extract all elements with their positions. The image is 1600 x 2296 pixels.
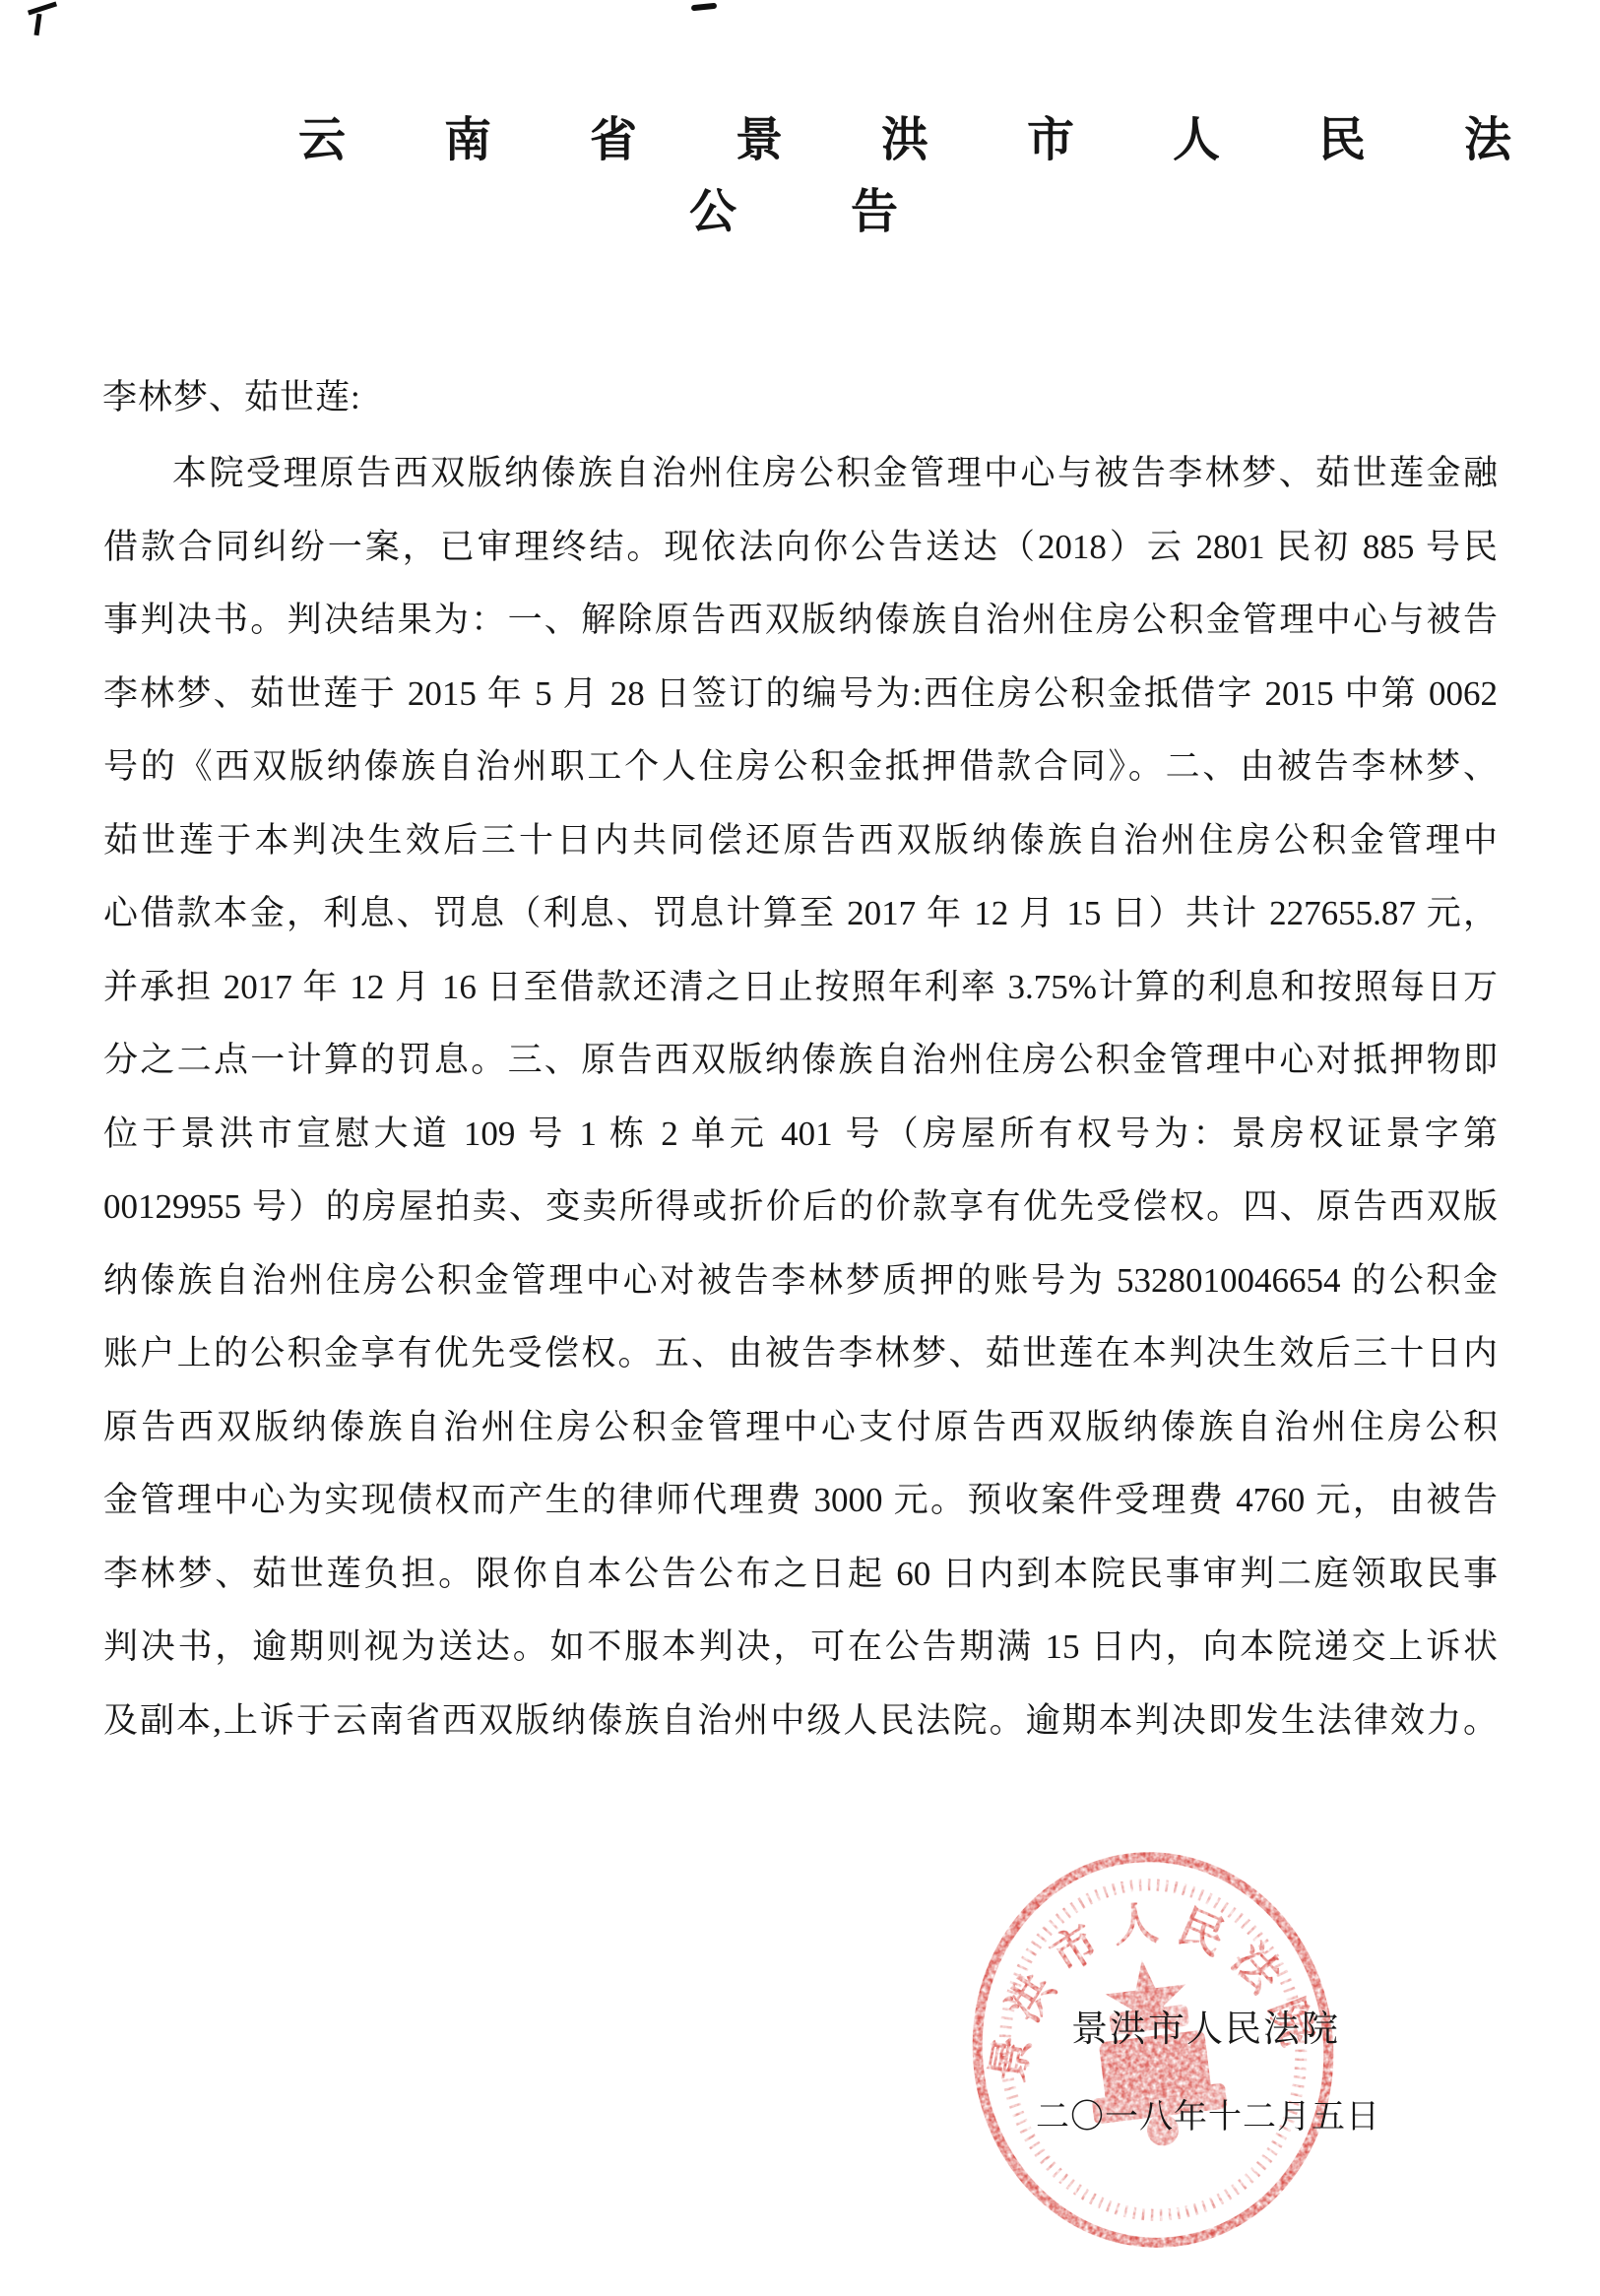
body-line: 及副本,上诉于云南省西双版纳傣族自治州中级人民法院。逾期本判决即发生法律效力。: [103, 1685, 1498, 1758]
body-line: 位于景洪市宣慰大道 109 号 1 栋 2 单元 401 号（房屋所有权号为：景…: [103, 1098, 1498, 1172]
body-line: 号的《西双版纳傣族自治州职工个人住房公积金抵押借款合同》。二、由被告李林梦、: [103, 731, 1498, 804]
signature-date: 二〇一八年十二月五日: [1036, 2089, 1380, 2137]
body-line: 本院受理原告西双版纳傣族自治州住房公积金管理中心与被告李林梦、茹世莲金融: [103, 437, 1498, 511]
scan-artifact: [691, 3, 717, 12]
body-line: 判决书，逾期则视为送达。如不服本判决，可在公告期满 15 日内，向本院递交上诉状: [103, 1611, 1498, 1685]
body-line: 纳傣族自治州住房公积金管理中心对被告李林梦质押的账号为 532801004665…: [103, 1244, 1498, 1318]
body-line: 李林梦、茹世莲负担。限你自本公告公布之日起 60 日内到本院民事审判二庭领取民事: [103, 1538, 1498, 1612]
scan-artifact: [33, 14, 41, 35]
body-line: 茹世莲于本判决生效后三十日内共同偿还原告西双版纳傣族自治州住房公积金管理中: [103, 804, 1498, 878]
body-line: 原告西双版纳傣族自治州住房公积金管理中心支付原告西双版纳傣族自治州住房公积: [103, 1391, 1498, 1465]
salutation: 李林梦、茹世莲:: [102, 370, 361, 419]
signature-court-name: 景洪市人民法院: [1071, 1999, 1340, 2052]
body-line: 金管理中心为实现债权而产生的律师代理费 3000 元。预收案件受理费 4760 …: [103, 1464, 1498, 1538]
body-line: 事判决书。判决结果为：一、解除原告西双版纳傣族自治州住房公积金管理中心与被告: [103, 584, 1498, 658]
body-line: 账户上的公积金享有优先受偿权。五、由被告李林梦、茹世莲在本判决生效后三十日内: [103, 1317, 1498, 1391]
page-title-doctype: 公 告: [689, 173, 949, 241]
body-line: 李林梦、茹世莲于 2015 年 5 月 28 日签订的编号为:西住房公积金抵借字…: [103, 658, 1498, 732]
page-title-court: 云 南 省 景 洪 市 人 民 法 院: [298, 101, 1600, 169]
court-announcement-page: 云 南 省 景 洪 市 人 民 法 院 公 告 李林梦、茹世莲: 本院受理原告西…: [0, 0, 1600, 2296]
body-line: 并承担 2017 年 12 月 16 日至借款还清之日止按照年利率 3.75%计…: [103, 951, 1498, 1025]
announcement-body: 本院受理原告西双版纳傣族自治州住房公积金管理中心与被告李林梦、茹世莲金融借款合同…: [103, 437, 1498, 1757]
scan-artifact: [28, 1, 57, 15]
body-line: 借款合同纠纷一案，已审理终结。现依法向你公告送达（2018）云 2801 民初 …: [103, 511, 1498, 585]
body-line: 00129955 号）的房屋拍卖、变卖所得或折价后的价款享有优先受偿权。四、原告…: [103, 1171, 1498, 1244]
body-line: 心借款本金，利息、罚息（利息、罚息计算至 2017 年 12 月 15 日）共计…: [103, 877, 1498, 951]
body-line: 分之二点一计算的罚息。三、原告西双版纳傣族自治州住房公积金管理中心对抵押物即: [103, 1024, 1498, 1098]
